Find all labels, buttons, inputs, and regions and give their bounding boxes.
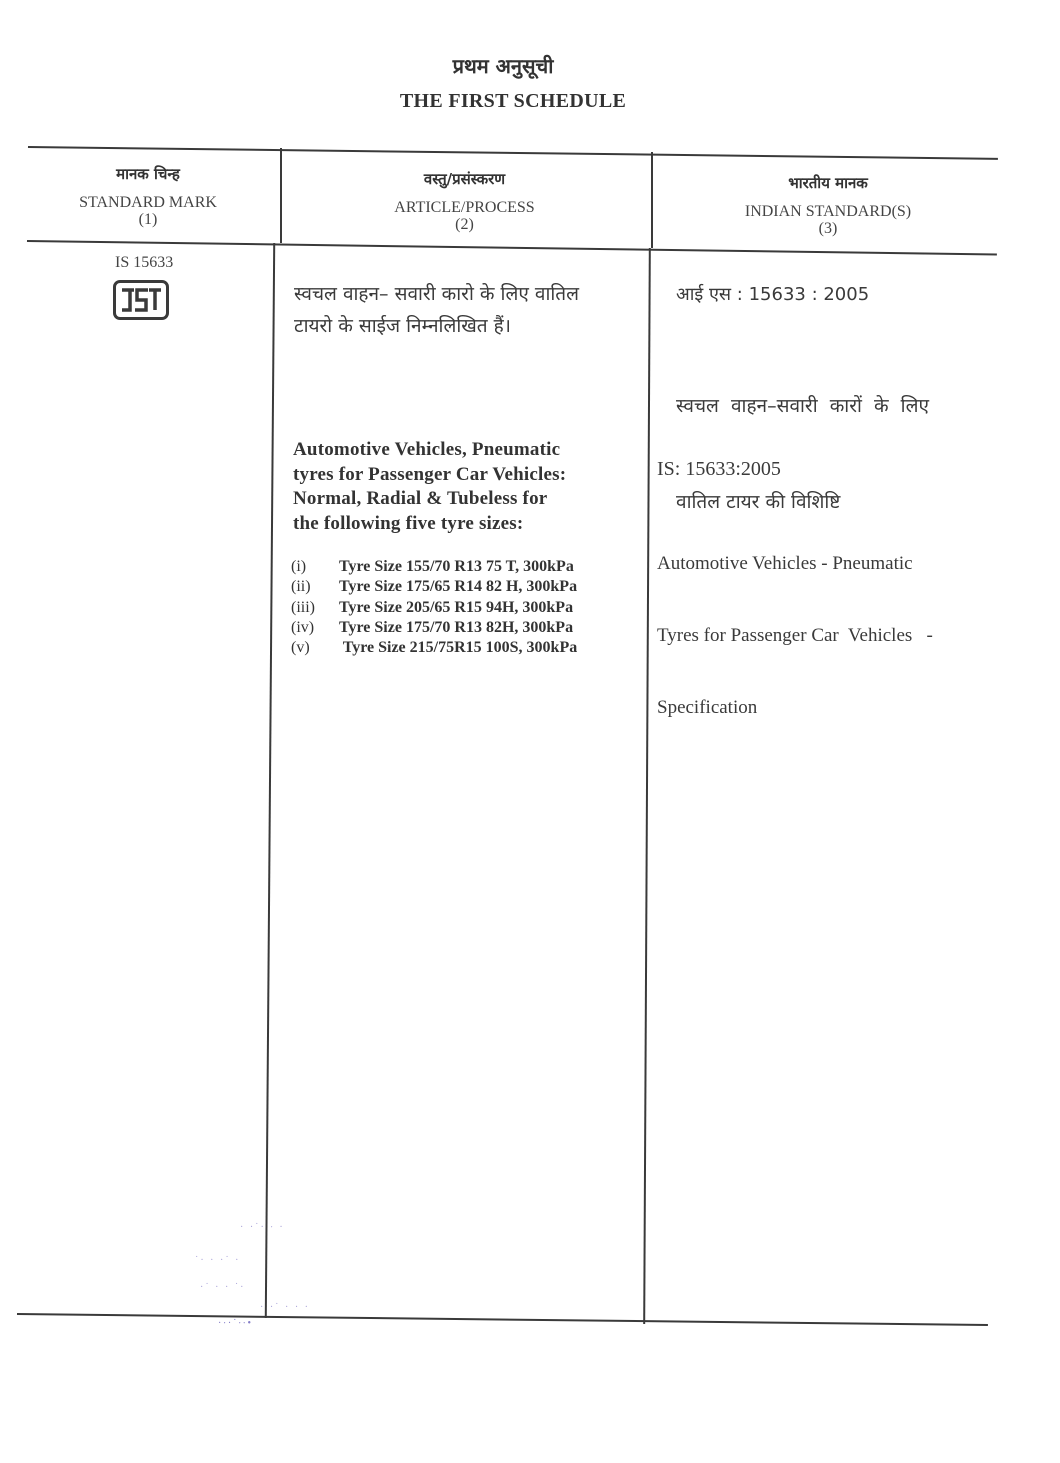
list-index: (i): [291, 557, 339, 577]
header-number: (1): [28, 211, 268, 228]
column-header-article: वस्तु/प्रसंस्करण ARTICLE/PROCESS (2): [282, 169, 647, 233]
table-bottom-border: [17, 1313, 988, 1326]
header-hindi: वस्तु/प्रसंस्करण: [282, 169, 647, 189]
header-english: INDIAN STANDARD(S): [653, 203, 1003, 220]
article-description-line: Normal, Radial & Tubeless for: [293, 487, 613, 512]
list-index: (iii): [291, 598, 339, 618]
standard-title-line: Tyres for Passenger Car Vehicles -: [657, 624, 987, 648]
tyre-size-list: (i) Tyre Size 155/70 R13 75 T, 300kPa (i…: [291, 557, 621, 658]
tyre-size-text: Tyre Size 155/70 R13 75 T, 300kPa: [339, 557, 574, 577]
isi-mark-icon: [113, 280, 169, 320]
article-description-line: the following five tyre sizes:: [293, 512, 613, 537]
list-index: (ii): [291, 577, 339, 597]
standard-title-line: Automotive Vehicles - Pneumatic: [657, 552, 987, 576]
faded-stamp-mark: · ·˙· ∙ ·: [240, 1222, 285, 1233]
title-hindi: प्रथम अनुसूची: [0, 52, 1006, 79]
header-bottom-border: [27, 240, 997, 255]
article-hindi-line: टायरो के साईज निम्नलिखित हैं।: [294, 310, 639, 342]
header-hindi: मानक चिन्ह: [28, 164, 268, 184]
tyre-size-text: Tyre Size 175/70 R13 82H, 300kPa: [339, 618, 573, 638]
article-english-description: Automotive Vehicles, Pneumatic tyres for…: [293, 438, 613, 536]
list-item: (ii) Tyre Size 175/65 R14 82 H, 300kPa: [291, 577, 621, 597]
list-item: (i) Tyre Size 155/70 R13 75 T, 300kPa: [291, 557, 621, 577]
standard-mark-label: IS 15633: [115, 254, 173, 272]
column-header-standard-mark: मानक चिन्ह STANDARD MARK (1): [28, 164, 268, 228]
tyre-size-text: Tyre Size 175/65 R14 82 H, 300kPa: [339, 577, 577, 597]
tyre-size-text: Tyre Size 215/75R15 100S, 300kPa: [339, 638, 577, 658]
list-item: (iii) Tyre Size 205/65 R15 94H, 300kPa: [291, 598, 621, 618]
standard-hindi-line: स्वचल वाहन–सवारी कारों के लिए: [676, 390, 976, 422]
header-hindi: भारतीय मानक: [653, 173, 1003, 193]
column-divider-2-body: [643, 248, 650, 1324]
article-hindi-line: स्वचल वाहन– सवारी कारो के लिए वातिल: [294, 278, 639, 310]
faded-stamp-mark: · ·˙ · · ·: [260, 1302, 310, 1313]
list-item: (iv) Tyre Size 175/70 R13 82H, 300kPa: [291, 618, 621, 638]
list-index: (iv): [291, 618, 339, 638]
standard-code: IS: 15633:2005: [657, 458, 781, 481]
column-header-indian-standard: भारतीय मानक INDIAN STANDARD(S) (3): [653, 173, 1003, 237]
article-description-line: tyres for Passenger Car Vehicles:: [293, 463, 613, 488]
article-description-line: Automotive Vehicles, Pneumatic: [293, 438, 613, 463]
list-index: (v): [291, 638, 339, 658]
faded-stamp-mark: ·˙ · · ˙·: [200, 1282, 245, 1293]
title-english: THE FIRST SCHEDULE: [0, 90, 1026, 113]
header-number: (2): [282, 216, 647, 233]
article-hindi-text: स्वचल वाहन– सवारी कारो के लिए वातिल टायर…: [294, 278, 639, 342]
list-item: (v) Tyre Size 215/75R15 100S, 300kPa: [291, 638, 621, 658]
table-top-border: [28, 146, 998, 159]
faded-stamp-mark: ·∙·˙∙∙•: [218, 1318, 253, 1329]
header-number: (3): [653, 220, 1003, 237]
header-english: ARTICLE/PROCESS: [282, 199, 647, 216]
header-english: STANDARD MARK: [28, 194, 268, 211]
standard-title: Automotive Vehicles - Pneumatic Tyres fo…: [657, 504, 987, 744]
column-divider-1-body: [265, 243, 275, 1318]
tyre-size-text: Tyre Size 205/65 R15 94H, 300kPa: [339, 598, 573, 618]
faded-stamp-mark: ˙· · ·˙ ·: [195, 1255, 240, 1266]
standard-title-line: Specification: [657, 696, 987, 720]
standard-hindi-code: आई एस : 15633 : 2005: [676, 282, 869, 306]
